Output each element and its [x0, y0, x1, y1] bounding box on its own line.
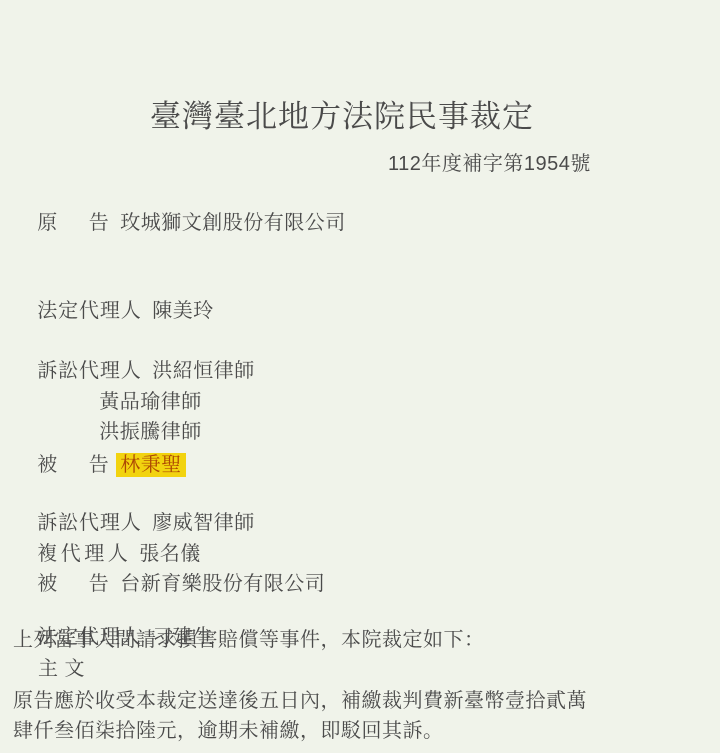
party-label: 被告 — [37, 452, 109, 479]
party-label: 法定代理人 — [37, 298, 141, 325]
case-number: 112年度補字第1954號 — [388, 151, 591, 178]
preamble-text: 上列當事人間請求損害賠償等事件，本院裁定如下： — [13, 627, 485, 654]
ruling-text-line-2: 肆仟叁佰柒拾陸元，逾期未補繳，即駁回其訴。 — [13, 718, 444, 745]
plaintiff-name: 玫城獅文創股份有限公司 — [120, 212, 346, 234]
party-label: 原告 — [37, 210, 109, 237]
court-ruling-document: 臺灣臺北地方法院民事裁定 112年度補字第1954號 原告玫城獅文創股份有限公司… — [0, 0, 720, 753]
highlighted-defendant-name: 林秉聖 — [116, 453, 186, 477]
ruling-text-line-1: 原告應於收受本裁定送達後五日內，補繳裁判費新臺幣壹拾貳萬 — [13, 688, 587, 715]
legal-rep-name: 陳美玲 — [152, 300, 214, 322]
document-title: 臺灣臺北地方法院民事裁定 — [150, 103, 534, 130]
party-label: 被告 — [37, 571, 109, 598]
party-row-plaintiff: 原告玫城獅文創股份有限公司 — [13, 183, 346, 264]
main-text-header: 主 文 — [38, 656, 85, 683]
defendant-company-name: 台新育樂股份有限公司 — [120, 573, 325, 595]
